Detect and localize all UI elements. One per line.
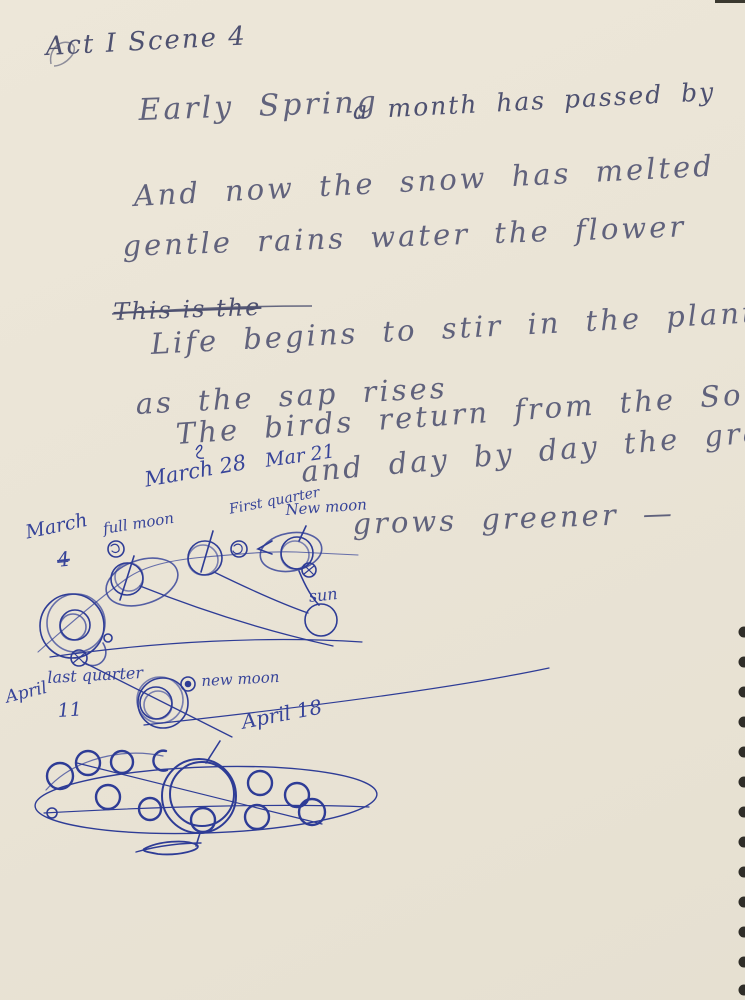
date-day-4: 4 bbox=[56, 549, 71, 570]
spiral-binding-holes bbox=[739, 627, 745, 996]
label-sun: sun bbox=[308, 586, 338, 605]
lyric-line-struck: This is the bbox=[113, 295, 262, 324]
notebook-page: Act I Scene 4 Early Spring a month has p… bbox=[0, 0, 745, 1000]
lyric-stage-note: Early Spring bbox=[138, 88, 379, 126]
date-day-11: 11 bbox=[57, 700, 82, 721]
page-corner-shadow bbox=[715, 0, 745, 3]
label-new-moon-lower: new moon bbox=[201, 670, 280, 689]
orbit-diagram bbox=[34, 741, 378, 854]
